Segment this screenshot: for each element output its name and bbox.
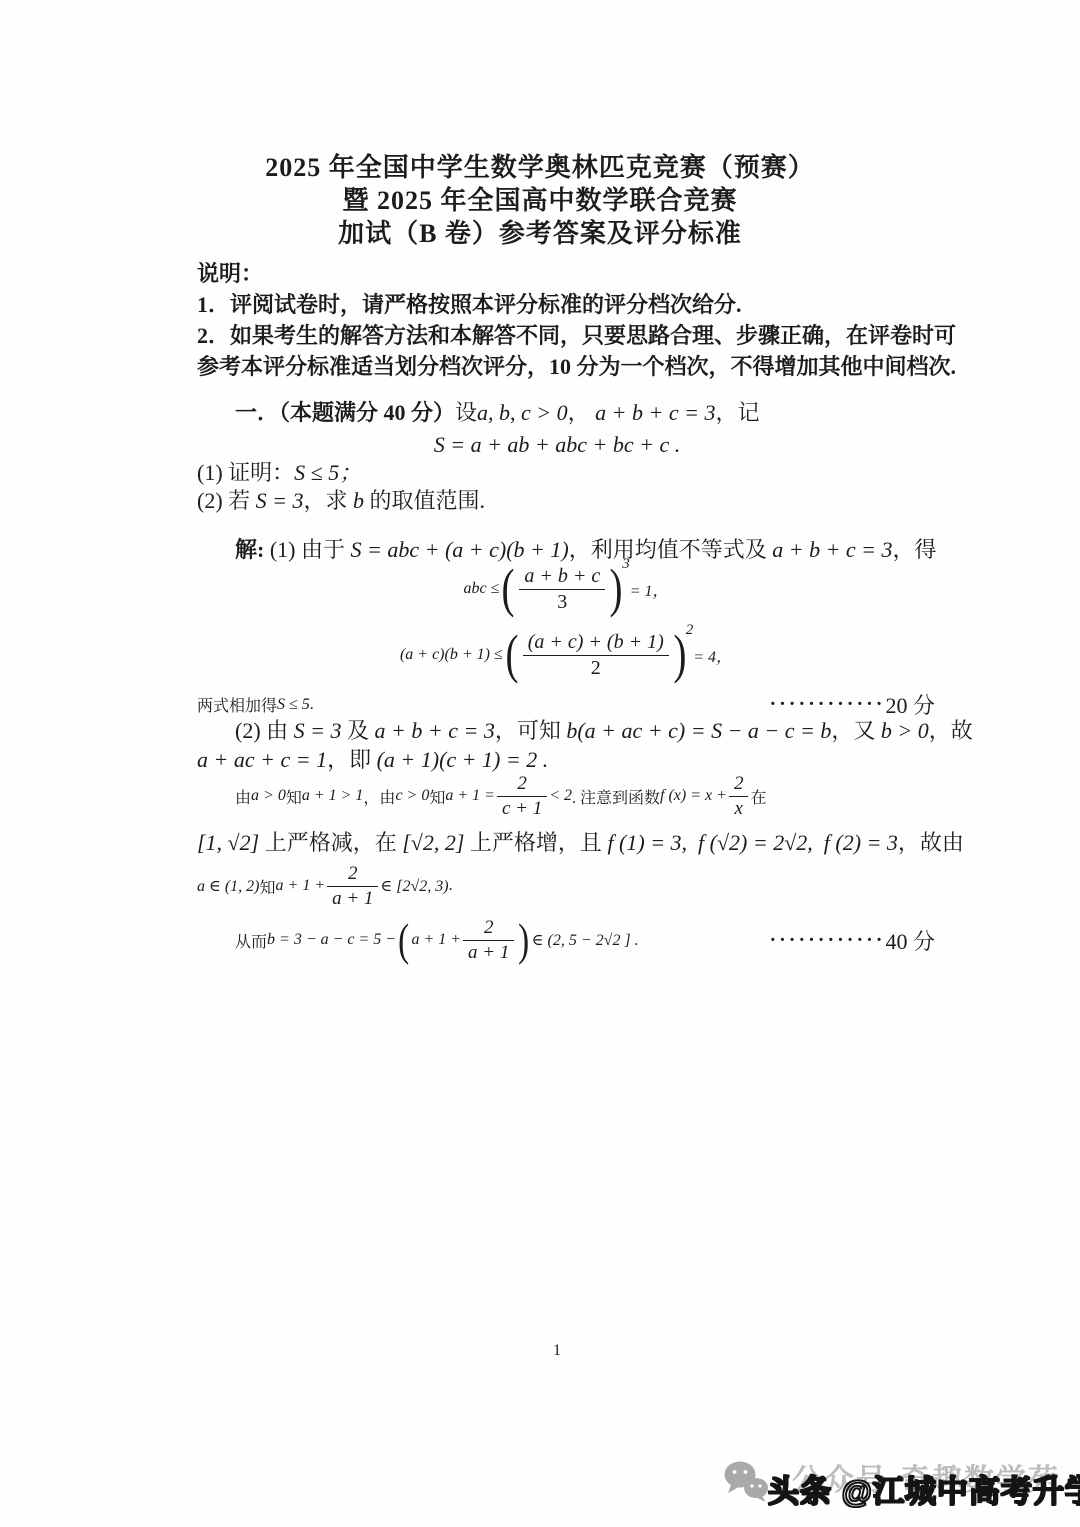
notes-heading: 说明：: [197, 260, 263, 288]
final-m2: a + 1 +: [411, 931, 461, 949]
fraction-abc: a + b + c 3: [519, 565, 605, 614]
title-line-2: 暨 2025 年全国高中数学联合竞赛: [170, 184, 910, 217]
formula-amgm-abc: abc ≤ ( a + b + c 3 ) 3 = 1，: [197, 560, 935, 618]
score-20-label: 20 分: [885, 689, 935, 720]
p2-line1-a: (2) 由: [235, 718, 294, 743]
fraction-2-over-a1: 2 a + 1: [327, 863, 378, 910]
p2-line1-d: ，又: [831, 718, 881, 743]
p2-line3-m6: f (x) = x +: [660, 787, 727, 805]
solution-part-2-line-5: a ∈ (1, 2) 知 a + 1 + 2 a + 1 ∈ [2√2, 3) …: [197, 863, 935, 909]
p2-line1-m2: a + b + c = 3: [375, 718, 495, 743]
sum-text: 两式相加得: [197, 693, 277, 716]
p2-line4-b: 上严格增，且: [464, 830, 607, 855]
formula-amgm-acb1: (a + c)(b + 1) ≤ ( (a + c) + (b + 1) 2 )…: [197, 626, 935, 684]
final-conclusion: 从而 b = 3 − a − c = 5 − ( a + 1 + 2 a + 1…: [197, 915, 935, 965]
wechat-icon: [722, 1460, 770, 1502]
p2-line2-m2: (a + 1)(c + 1) = 2 .: [377, 747, 549, 772]
document-page: 2025 年全国中学生数学奥林匹克竞赛（预赛） 暨 2025 年全国高中数学联合…: [0, 0, 1080, 1527]
solution-part-2-line-3: 由 a > 0 知 a + 1 > 1，由 c > 0 知 a + 1 = 2 …: [197, 773, 935, 819]
fraction-denominator: a + 1: [327, 886, 378, 910]
p2-line2-a: ，即: [327, 747, 377, 772]
big-left-paren: (: [505, 632, 518, 678]
problem-part-2: (2) 若 S = 3，求 b 的取值范围.: [197, 487, 485, 515]
p2-line1-m1: S = 3: [294, 718, 342, 743]
problem-sep: ，: [568, 400, 596, 425]
p2-line3-a: 由: [235, 785, 251, 808]
big-left-paren: (: [398, 920, 409, 959]
score-40-label: 40 分: [885, 925, 935, 956]
exponent: 2: [686, 622, 694, 639]
big-right-paren: ): [610, 566, 623, 612]
p2-line4-m1: [1, √2]: [197, 830, 259, 855]
part-2-post: 的取值范围.: [364, 488, 485, 513]
p2-line4-m2: [√2, 2]: [402, 830, 464, 855]
solution-part-2-line-4: [1, √2] 上严格减，在 [√2, 2] 上严格增，且 f (1) = 3,…: [197, 829, 964, 857]
p2-line5-m3: ∈ [2√2, 3): [380, 876, 448, 896]
p2-line2-m1: a + ac + c = 1: [197, 747, 327, 772]
p2-line3-m3: c > 0: [395, 787, 429, 805]
sum-period: .: [310, 696, 314, 714]
p2-line3-c: ，由: [363, 785, 395, 808]
page-number: 1: [197, 1342, 917, 1360]
solution-label: 解:: [235, 537, 264, 562]
part-2-pre: (2) 若: [197, 488, 256, 513]
p2-line1-c: ，可知: [495, 718, 567, 743]
solution-line-1-a: (1) 由于: [264, 537, 350, 562]
p2-line1-m3: b(a + ac + c) = S − a − c = b: [566, 718, 831, 743]
final-m3: ∈ (2, 5 − 2√2 ] .: [532, 930, 639, 950]
p2-line1-e: ，故: [929, 718, 973, 743]
solution-line-1-c: ，得: [893, 537, 937, 562]
fraction-numerator: 2: [463, 917, 514, 940]
fraction-2-over-x: 2 x: [729, 773, 749, 820]
problem-math-2: a + b + c = 3: [595, 400, 715, 425]
title-line-3: 加试（B 卷）参考答案及评分标准: [170, 217, 910, 250]
problem-number-points: 一．（本题满分 40 分）: [235, 400, 455, 425]
fraction-numerator: (a + c) + (b + 1): [523, 631, 669, 655]
formula-s-definition: S = a + ab + abc + bc + c .: [197, 431, 917, 459]
title-line-1: 2025 年全国中学生数学奥林匹克竞赛（预赛）: [170, 151, 910, 184]
part-2-math-1: S = 3: [256, 488, 304, 513]
part-2-math-2: b: [353, 488, 364, 513]
big-right-paren: ): [673, 632, 686, 678]
p2-line3-m1: a > 0: [251, 787, 286, 805]
note-item-2-line-2: 参考本评分标准适当划分档次评分，10 分为一个档次，不得增加其他中间档次.: [197, 353, 956, 381]
p2-line4-c: ，故由: [898, 830, 964, 855]
final-m1: b = 3 − a − c = 5 −: [267, 931, 396, 949]
p2-line3-d: 知: [429, 785, 445, 808]
conclusion-part-1: 两式相加得 S ≤ 5 . ············20 分: [197, 689, 935, 720]
solution-part-2-line-1: (2) 由 S = 3 及 a + b + c = 3，可知 b(a + ac …: [235, 717, 973, 745]
watermark-toutiao-account: 头条 @江城中高考升学: [768, 1466, 1080, 1511]
formula-2-pre: (a + c)(b + 1) ≤: [400, 646, 503, 664]
p2-line3-e: . 注意到函数: [572, 785, 660, 808]
p2-line1-m4: b > 0: [881, 718, 929, 743]
problem-lead: 设: [455, 400, 477, 425]
p2-line5-a: 知: [260, 875, 276, 898]
fraction-numerator: 2: [729, 773, 749, 796]
big-right-paren: ): [519, 920, 530, 959]
fraction-denominator: x: [729, 796, 749, 820]
p2-line4-m3: f (1) = 3, f (√2) = 2√2, f (2) = 3: [607, 830, 897, 855]
fraction-denominator: 2: [523, 655, 669, 680]
solution-line-1-math-2: a + b + c = 3: [772, 537, 892, 562]
note-item-2-line-1: 2．如果考生的解答方法和本解答不同，只要思路合理、步骤正确，在评卷时可: [197, 322, 956, 350]
part-1-math: S ≤ 5；: [294, 460, 361, 485]
fraction-denominator: 3: [519, 589, 605, 614]
score-leader-dots: ············: [769, 929, 885, 952]
exponent: 3: [622, 556, 630, 573]
p2-line5-b: .: [449, 877, 453, 895]
fraction-acb1: (a + c) + (b + 1) 2: [523, 631, 669, 680]
document-title: 2025 年全国中学生数学奥林匹克竞赛（预赛） 暨 2025 年全国高中数学联合…: [170, 151, 910, 250]
fraction-denominator: c + 1: [497, 796, 547, 820]
p2-line1-b: 及: [342, 718, 375, 743]
problem-statement: 一．（本题满分 40 分）设a, b, c > 0， a + b + c = 3…: [235, 399, 760, 427]
fraction-denominator: a + 1: [463, 940, 514, 964]
p2-line4-a: 上严格减，在: [259, 830, 402, 855]
fraction-numerator: 2: [497, 773, 547, 796]
fraction-numerator: a + b + c: [519, 565, 605, 589]
solution-line-1-math-1: S = abc + (a + c)(b + 1): [350, 537, 568, 562]
p2-line3-m4: a + 1 =: [445, 787, 495, 805]
solution-line-1-b: ，利用均值不等式及: [569, 537, 773, 562]
p2-line3-f: 在: [750, 785, 766, 808]
final-text: 从而: [235, 929, 267, 952]
part-2-mid: ，求: [304, 488, 354, 513]
fraction-2-over-c1: 2 c + 1: [497, 773, 547, 820]
p2-line5-m1: a ∈ (1, 2): [197, 876, 260, 896]
p2-line3-m5: < 2: [549, 787, 572, 805]
p2-line5-m2: a + 1 +: [276, 877, 326, 895]
big-left-paren: (: [502, 566, 515, 612]
problem-tail: ，记: [715, 400, 759, 425]
formula-1-post: = 1，: [630, 578, 669, 601]
p2-line3-m2: a + 1 > 1: [302, 787, 364, 805]
formula-2-post: = 4，: [693, 644, 732, 667]
fraction-2-over-a1: 2 a + 1: [463, 917, 514, 964]
sum-math: S ≤ 5: [277, 696, 310, 714]
score-leader-dots: ············: [769, 693, 885, 716]
note-item-1: 1．评阅试卷时，请严格按照本评分标准的评分档次给分.: [197, 291, 742, 319]
solution-part-2-line-2: a + ac + c = 1，即 (a + 1)(c + 1) = 2 .: [197, 746, 548, 774]
part-1-label: (1) 证明：: [197, 460, 294, 485]
formula-1-pre: abc ≤: [463, 580, 499, 598]
fraction-numerator: 2: [327, 863, 378, 886]
problem-part-1: (1) 证明：S ≤ 5；: [197, 459, 361, 487]
p2-line3-b: 知: [286, 785, 302, 808]
problem-math-1: a, b, c > 0: [477, 400, 568, 425]
